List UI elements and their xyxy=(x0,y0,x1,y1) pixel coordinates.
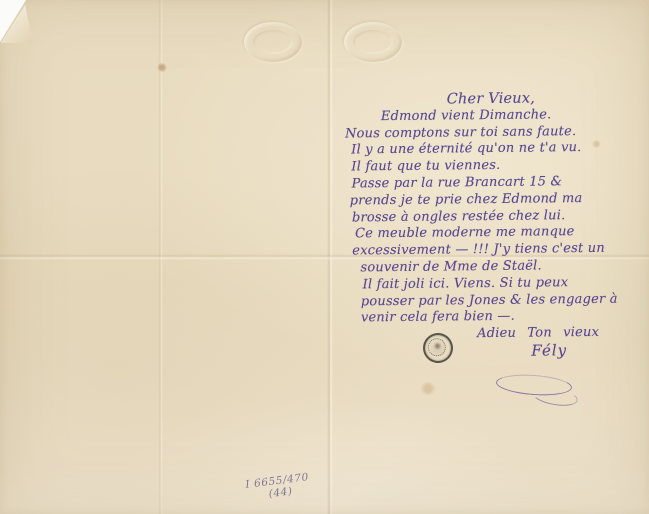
letter-signature: Fély xyxy=(531,341,643,359)
blind-seal-icon xyxy=(244,22,302,62)
letter-salutation: Cher Vieux, xyxy=(447,89,641,108)
foxing-stain xyxy=(157,63,167,72)
foxing-stain xyxy=(420,382,436,395)
letter-line: pousser par les Jones & les engager à xyxy=(361,291,643,311)
archive-number: I 6655/470 (44) xyxy=(245,471,311,503)
scan-background: Cher Vieux, Edmond vient Dimanche. Nous … xyxy=(0,0,649,514)
letter-body: Cher Vieux, Edmond vient Dimanche. Nous … xyxy=(337,89,644,361)
letter-line: excessivement — !!! J'y tiens c'est un xyxy=(352,241,642,261)
blind-seal-icon xyxy=(344,22,402,62)
letter-paper: Cher Vieux, Edmond vient Dimanche. Nous … xyxy=(0,0,649,514)
